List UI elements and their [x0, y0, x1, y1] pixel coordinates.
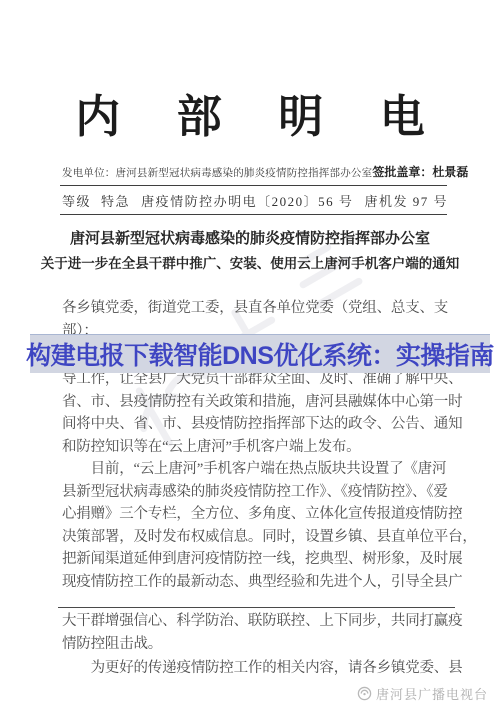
caption-banner-text: 构建电报下载智能DNS优化系统：实操指南: [26, 336, 494, 372]
tv-station-name: 唐河县广播电视台: [376, 684, 488, 703]
tv-station-logo-icon: [357, 686, 372, 701]
page-break-line: [58, 607, 455, 608]
meta-divider-2: [60, 214, 447, 215]
body-line: 和防控知识等在“云上唐河”手机客户端上发布。: [62, 436, 462, 459]
document-title-line1: 唐河县新型冠状病毒感染的肺炎疫情防控指挥部办公室: [0, 227, 500, 248]
body-closing-paragraph: 为更好的传递疫情防控工作的相关内容，请各乡镇党委、县: [62, 657, 462, 680]
body-line: 情防控阻击战。: [62, 633, 462, 656]
body-line: 各乡镇党委，街道党工委，县直各单位党委（党组、总支、支: [62, 297, 462, 320]
body-line: 间将中央、省、市、县疫情防控指挥部下达的政令、公告、通知: [62, 413, 462, 436]
document-title-line2: 关于进一步在全县干群中推广、安装、使用云上唐河手机客户端的通知: [0, 252, 500, 272]
body-line: 省、市、县疫情防控有关政策和措施，唐河县融媒体中心第一时: [62, 391, 462, 414]
body-line: 县新型冠状病毒感染的肺炎疫情防控工作》、《疫情防控》、《爱: [62, 481, 462, 504]
seal-name: 杜景磊: [432, 165, 468, 179]
body-line: 心捐赠》三个专栏，全方位、多角度、立体化宣传报道疫情防控: [62, 503, 462, 526]
meta-number-row: 等级特急 唐疫情防控办明电〔2020〕56 号 唐机发 97 号: [62, 191, 448, 210]
issuer-value: 唐河县新型冠状病毒感染的肺炎疫情防控指挥部办公室: [116, 168, 373, 179]
seal-text: 签批盖章：杜景磊: [372, 163, 468, 180]
body-paragraphs-continued: 大干群增强信心、科学防治、联防联控、上下同步，共同打赢疫 情防控阻击战。: [62, 610, 462, 655]
classification-title: 内 部 明 电: [0, 80, 500, 145]
body-paragraphs: 导工作，让全县广大党员干部群众全面、及时、准确了解中央、 省、市、县疫情防控有关…: [62, 368, 462, 593]
caption-banner: 构建电报下载智能DNS优化系统：实操指南: [30, 334, 490, 373]
meta-divider-1: [60, 185, 447, 186]
doc-number: 唐疫情防控办明电〔2020〕56 号: [141, 191, 353, 210]
document-page: 内 部 明 电 发电单位：唐河县新型冠状病毒感染的肺炎疫情防控指挥部办公室 签批…: [0, 0, 500, 707]
broadcaster-watermark: 唐河县广播电视台: [357, 684, 488, 703]
body-line: 把新闻渠道延伸到唐河疫情防控一线，挖典型、树形象，及时展: [62, 548, 462, 571]
ref-number: 唐机发 97 号: [364, 191, 448, 210]
issuer-text: 发电单位：唐河县新型冠状病毒感染的肺炎疫情防控指挥部办公室: [62, 165, 372, 180]
meta-issuer-row: 发电单位：唐河县新型冠状病毒感染的肺炎疫情防控指挥部办公室 签批盖章：杜景磊: [62, 163, 448, 180]
body-line: 为更好的传递疫情防控工作的相关内容，请各乡镇党委、县: [62, 657, 462, 680]
body-line: 现疫情防控工作的最新动态、典型经验和先进个人，引导全县广: [62, 571, 462, 594]
seal-label: 签批盖章：: [372, 165, 432, 179]
body-line: 大干群增强信心、科学防治、联防联控、上下同步，共同打赢疫: [62, 610, 462, 633]
grade-group: 等级特急: [62, 191, 130, 210]
issuer-label: 发电单位：: [62, 168, 116, 179]
grade-label: 等级: [62, 194, 91, 209]
grade-value: 特急: [101, 194, 130, 209]
body-line: 决策部署，及时发布权威信息。同时，设置乡镇、县直单位平台，: [62, 526, 462, 549]
body-line: 目前，“云上唐河”手机客户端在热点版块共设置了《唐河: [62, 458, 462, 481]
